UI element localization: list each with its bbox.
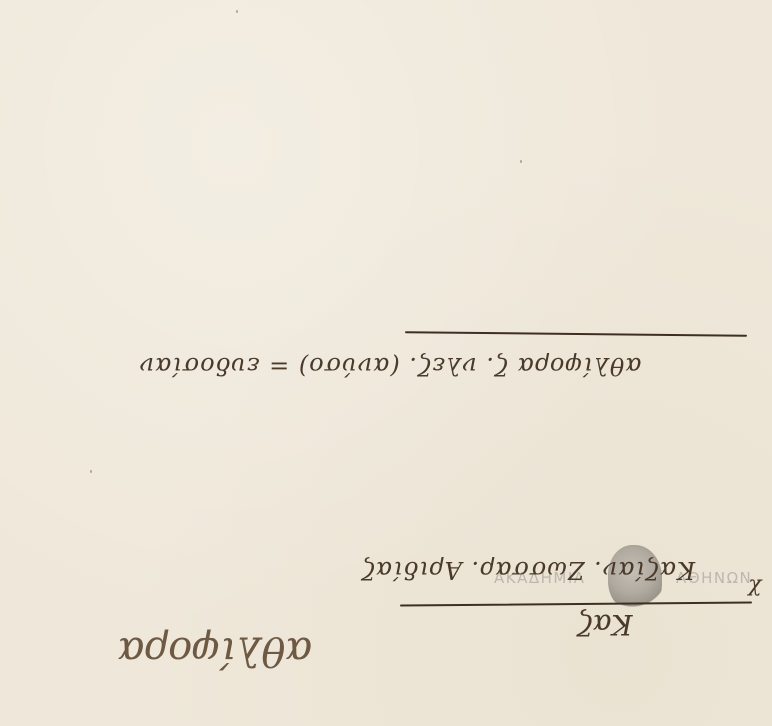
handwritten-line-2: Καζίαν. Ζωσσαρ. Αριδίαζ bbox=[318, 556, 738, 584]
handwritten-line-4: αθλίφορα bbox=[100, 628, 330, 674]
handwritten-mark: χ bbox=[748, 578, 761, 603]
handwritten-line-1: αθλίφορα ζ. νλεζ. (ανύσο) = ευδοσίαν bbox=[40, 352, 740, 380]
underline-rule bbox=[400, 601, 752, 606]
handwritten-line-3: Καζ bbox=[565, 608, 645, 641]
paper-speck bbox=[90, 470, 92, 473]
paper-speck bbox=[520, 160, 522, 163]
underline-rule bbox=[405, 331, 747, 337]
scanned-document-page: αθλίφορα ζ. νλεζ. (ανύσο) = ευδοσίαν ΑΚΑ… bbox=[0, 0, 772, 726]
paper-speck bbox=[236, 10, 238, 13]
